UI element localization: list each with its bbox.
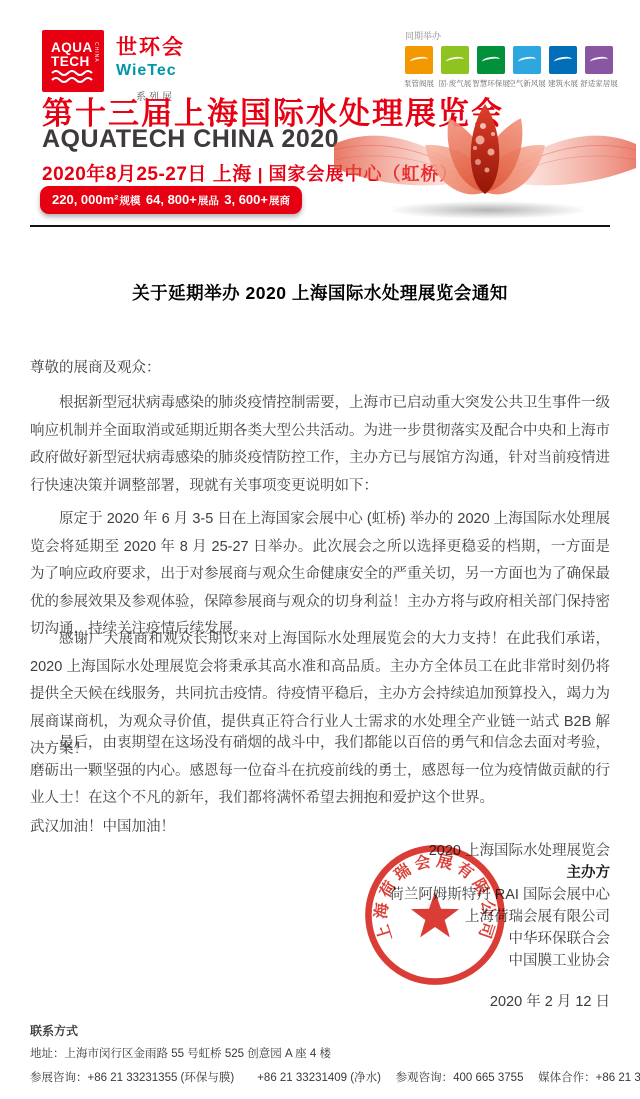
show-item: 空气新风展 (513, 46, 541, 89)
lotus-graphic (330, 92, 640, 222)
slogan: 武汉加油！中国加油！ (30, 815, 175, 836)
contact-footer: 联系方式 地址：上海市闵行区金雨路 55 号虹桥 525 创意园 A 座 4 楼… (30, 1022, 620, 1085)
stats-bar: 220, 000m² 规模 64, 800+ 展品 3, 600+ 展商 (40, 186, 302, 214)
show-logo (585, 46, 613, 74)
show-item: 舒适家居展 (585, 46, 613, 89)
show-logo-mark (518, 56, 537, 65)
show-logo (513, 46, 541, 74)
show-name: 舒适家居展 (580, 78, 618, 89)
stat-scale: 220, 000m² 规模 (52, 192, 141, 208)
page: AQUA TECH CHINA 世环会 WieTec 系列展 同期举办 泵管阀展… (0, 0, 640, 1099)
expo-date: 2020年8月25-27日 上海 (42, 164, 252, 185)
show-logo-mark (554, 56, 573, 65)
contact-address: 地址：上海市闵行区金雨路 55 号虹桥 525 创意园 A 座 4 楼 (30, 1045, 620, 1061)
star-icon (411, 892, 459, 938)
show-logo-mark (590, 56, 609, 65)
aquatech-logo-china: CHINA (93, 42, 99, 63)
show-logo-mark (482, 56, 501, 65)
show-logo (405, 46, 433, 74)
wave-icon (51, 69, 95, 85)
stat-exhibits-label: 展品 (198, 193, 219, 208)
stat-scale-label: 规模 (120, 193, 141, 208)
stat-exhibitors-label: 展商 (269, 193, 290, 208)
show-logo (549, 46, 577, 74)
signature-date: 2020 年 2 月 12 日 (490, 990, 610, 1011)
contact-label: 联系方式 (30, 1022, 620, 1039)
show-item: 建筑水展 (549, 46, 577, 89)
notice-title: 关于延期举办 2020 上海国际水处理展览会通知 (30, 280, 610, 305)
stat-scale-value: 220, 000m² (52, 192, 119, 207)
show-name: 空气新风展 (508, 78, 546, 89)
header-divider (30, 225, 610, 227)
show-name: 建筑水展 (548, 78, 578, 89)
contact-phones: 参展咨询：+86 21 33231355 (环保与膜) +86 21 33231… (30, 1069, 620, 1085)
date-separator: | (252, 165, 269, 184)
stat-exhibits-value: 64, 800+ (146, 192, 197, 207)
aquatech-logo-line2: TECH (51, 55, 93, 69)
show-item: 固·废气展 (441, 46, 469, 89)
stat-exhibitors-value: 3, 600+ (224, 192, 268, 207)
stat-exhibitors: 3, 600+ 展商 (224, 192, 290, 208)
aquatech-logo-line1: AQUA (51, 41, 93, 55)
show-item: 泵管阀展 (405, 46, 433, 89)
concurrent-label: 同期举办 (405, 29, 613, 42)
concurrent-shows: 同期举办 泵管阀展 固·废气展 智慧环保展 空气新风展 建筑水展 (405, 29, 613, 89)
expo-title-en: AQUATECH CHINA 2020 (42, 125, 339, 154)
show-logo (477, 46, 505, 74)
wietec-en: WieTec (116, 62, 185, 80)
show-logo (441, 46, 469, 74)
paragraph-2: 原定于 2020 年 6 月 3-5 日在上海国家会展中心 (虹桥) 举办的 2… (30, 506, 610, 644)
company-stamp: 上海荷瑞会展有限公司 (360, 840, 510, 990)
wietec-cn: 世环会 (116, 31, 185, 61)
salutation: 尊敬的展商及观众： (30, 356, 161, 377)
show-logo-mark (446, 56, 465, 65)
concurrent-row: 泵管阀展 固·废气展 智慧环保展 空气新风展 建筑水展 舒适家居展 (405, 46, 613, 89)
aquatech-logo-text: AQUA TECH (51, 41, 93, 69)
stat-exhibits: 64, 800+ 展品 (146, 192, 219, 208)
paragraph-1: 根据新型冠状病毒感染的肺炎疫情控制需要，上海市已启动重大突发公共卫生事件一级响应… (30, 390, 610, 500)
aquatech-logo: AQUA TECH CHINA (42, 30, 104, 92)
show-item: 智慧环保展 (477, 46, 505, 89)
paragraph-4: 最后，由衷期望在这场没有硝烟的战斗中，我们都能以百倍的勇气和信念去面对考验，磨砺… (30, 730, 610, 813)
show-logo-mark (410, 56, 429, 65)
